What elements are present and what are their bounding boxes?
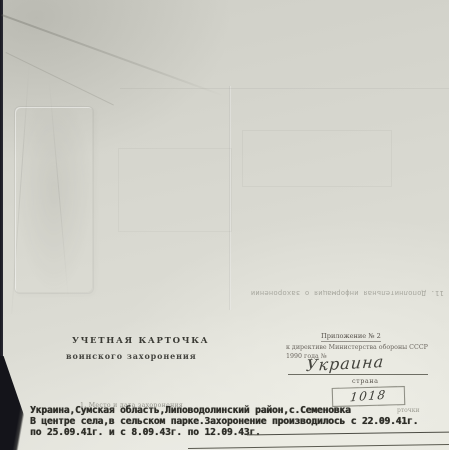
- card-title: УЧЕТНАЯ КАРТОЧКА: [72, 336, 209, 346]
- ruled-line-2: [188, 444, 449, 449]
- crease-horizontal-fold: [120, 88, 449, 89]
- typed-line-3: по 25.09.41г. и с 8.09.43г. по 12.09.43г…: [30, 427, 261, 438]
- emboss-stamp-outline: [14, 106, 94, 294]
- country-field-label: страна: [352, 377, 378, 385]
- crease-diagonal-secondary: [6, 52, 114, 106]
- card-subtitle: воинского захоронения: [66, 351, 197, 361]
- annex-heading: Приложение № 2: [321, 332, 381, 342]
- country-underline: [288, 374, 428, 375]
- card-number-value: 1018: [349, 388, 387, 405]
- typed-line-2: В центре села,в сельском парке.Захоронен…: [30, 416, 418, 427]
- typed-line-1: Украина,Сумская область,Липоводолинский …: [30, 405, 351, 416]
- showthrough-box-right: [242, 130, 392, 187]
- field1-overprint-fragment: рточки: [397, 407, 420, 414]
- annex-directive-line: к директиве Министерства обороны СССР: [286, 344, 428, 351]
- scanned-burial-card: 11. Дополнительная информация о захороне…: [0, 0, 449, 450]
- crease-diagonal-top: [1, 14, 225, 97]
- showthrough-box-left: [118, 148, 232, 232]
- showthrough-mirrored-text: 11. Дополнительная информация о захороне…: [226, 286, 444, 298]
- country-handwritten-value: Украина: [305, 352, 385, 375]
- ruled-line-1: [247, 432, 449, 436]
